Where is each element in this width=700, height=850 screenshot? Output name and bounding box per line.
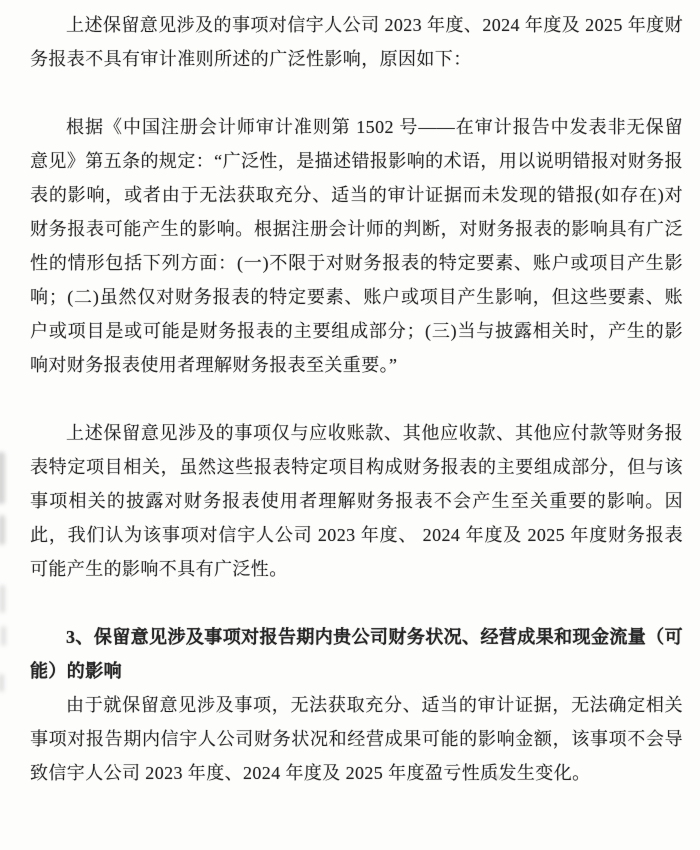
paragraph-specific-items-analysis: 上述保留意见涉及的事项仅与应收账款、其他应收款、其他应付款等财务报表特定项目相关… [30, 416, 683, 586]
scan-smudge [1, 626, 6, 646]
document-page: 上述保留意见涉及的事项对信宇人公司 2023 年度、2024 年度及 2025 … [0, 0, 700, 850]
scan-smudge [0, 674, 4, 692]
scan-smudge [0, 585, 5, 613]
paragraph-impact-conclusion: 由于就保留意见涉及事项，无法获取充分、适当的审计证据，无法确定相关事项对报告期内… [30, 688, 683, 790]
paragraph-pervasiveness-intro: 上述保留意见涉及的事项对信宇人公司 2023 年度、2024 年度及 2025 … [30, 8, 683, 76]
heading-item-3-impact: 3、保留意见涉及事项对报告期内贵公司财务状况、经营成果和现金流量（可能）的影响 [30, 620, 683, 688]
paragraph-standard-1502-quote: 根据《中国注册会计师审计准则第 1502 号——在审计报告中发表非无保留意见》第… [30, 110, 683, 382]
scan-speck [494, 775, 499, 779]
scan-smudge [0, 515, 5, 545]
scan-smudge [0, 452, 5, 504]
